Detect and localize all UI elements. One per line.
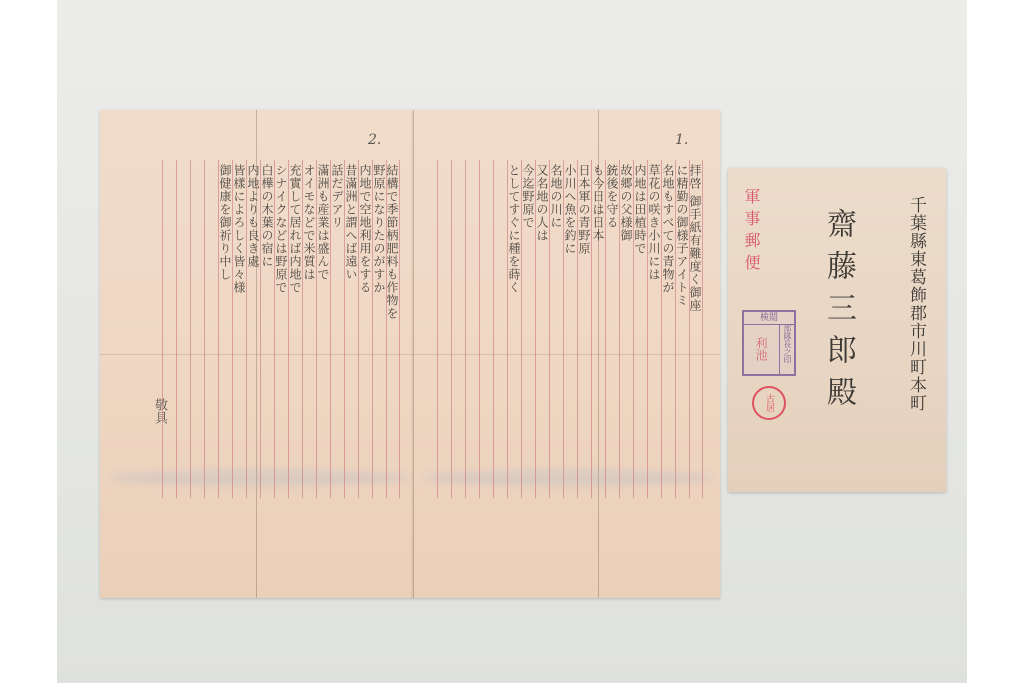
letter-page-1: 1. 拝啓 御手紙有難度く御座 に精勤の御様子アイトミ 名地もすべての青物が 草… — [413, 110, 720, 598]
signature: 敬具 — [150, 398, 169, 424]
text-column: 名地の川に — [549, 160, 563, 498]
text-column — [493, 160, 507, 498]
text-column: 滿洲も産業は盛んで — [316, 160, 330, 498]
recipient-name: 齋藤三郎殿 — [816, 208, 860, 418]
text-column: 結構で季節柄肥料も作物を — [386, 160, 400, 498]
letter-page-2: 2. 結構で季節柄肥料も作物を 野原になりたのがすか 内地で空地利用をする 昔滿… — [100, 110, 413, 598]
text-column: 草花の咲き小川には — [647, 160, 661, 498]
text-column — [162, 160, 176, 498]
text-column: 野原になりたのがすか — [372, 160, 386, 498]
text-column — [176, 160, 190, 498]
text-column: 充實して居れば内地で — [288, 160, 302, 498]
text-column — [437, 160, 451, 498]
text-column — [204, 160, 218, 498]
text-column — [190, 160, 204, 498]
text-column: としてすぐに種を蒔く — [507, 160, 521, 498]
text-column: 又名地の人は — [535, 160, 549, 498]
text-column: 内地よりも良き處 — [246, 160, 260, 498]
text-column — [465, 160, 479, 498]
recipient-address: 千葉縣東葛飾郡市川町本町 — [904, 196, 929, 412]
text-column: 皆樣によろしく皆々様 — [232, 160, 246, 498]
text-column: 今迄野原で — [521, 160, 535, 498]
text-column: 白樺の木葉の宿に — [260, 160, 274, 498]
ruled-text-area: 結構で季節柄肥料も作物を 野原になりたのがすか 内地で空地利用をする 昔滿洲と謂… — [150, 160, 400, 498]
text-column: 内地は田植時で — [633, 160, 647, 498]
text-column: に精勤の御様子アイトミ — [675, 160, 689, 498]
text-column: 故郷の父様御 — [619, 160, 633, 498]
text-column: 小川へ魚を釣に — [563, 160, 577, 498]
military-mail-mark: 軍事郵便 — [740, 188, 763, 276]
text-column: オイモなどで米質は — [302, 160, 316, 498]
text-column — [479, 160, 493, 498]
ruled-text-area: 拝啓 御手紙有難度く御座 に精勤の御様子アイトミ 名地もすべての青物が 草花の咲… — [431, 160, 703, 498]
censor-stamp-side: 部隊長之印 — [779, 324, 794, 374]
censor-seal: 利池 — [748, 330, 774, 368]
round-red-seal: 古居 — [752, 386, 786, 420]
letter-spread: 2. 結構で季節柄肥料も作物を 野原になりたのがすか 内地で空地利用をする 昔滿… — [100, 110, 720, 598]
text-column: 名地もすべての青物が — [661, 160, 675, 498]
envelope: 軍事郵便 検閲 部隊長之印 利池 古居 齋藤三郎殿 千葉縣東葛飾郡市川町本町 — [728, 168, 946, 492]
text-column: 内地で空地利用をする — [358, 160, 372, 498]
page-number: 1. — [675, 132, 688, 148]
page-number: 2. — [368, 132, 381, 148]
text-column: も今日は日本 — [591, 160, 605, 498]
censor-stamp: 検閲 部隊長之印 利池 — [742, 310, 796, 376]
text-column: 日本軍の青野原 — [577, 160, 591, 498]
text-column: 昔滿洲と謂へば遠い — [344, 160, 358, 498]
text-column: 御健康を御祈り中し — [218, 160, 232, 498]
text-column: 話だデアリ — [330, 160, 344, 498]
text-column — [451, 160, 465, 498]
text-column: シナイクなどは野原で — [274, 160, 288, 498]
text-column: 銃後を守る — [605, 160, 619, 498]
text-column: 拝啓 御手紙有難度く御座 — [689, 160, 703, 498]
